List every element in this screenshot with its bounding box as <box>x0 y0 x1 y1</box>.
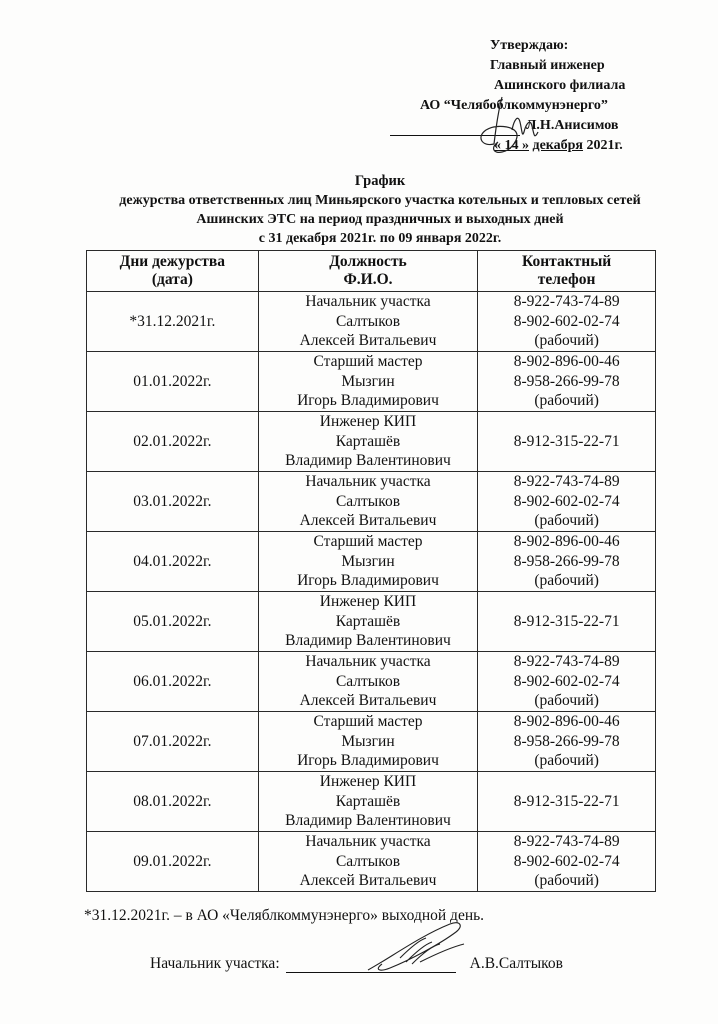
approval-month: декабря <box>533 138 584 153</box>
duty-person: Инженер КИПКарташёвВладимир Валентинович <box>258 412 478 472</box>
duty-person: Начальник участкаСалтыковАлексей Виталье… <box>258 472 478 532</box>
duty-person: Старший мастерМызгинИгорь Владимирович <box>258 352 478 412</box>
title-subject: дежурства ответственных лиц Миньярского … <box>60 191 700 210</box>
duty-phone: 8-922-743-74-898-902-602-02-74(рабочий) <box>478 652 656 712</box>
table-row: 07.01.2022г.Старший мастерМызгинИгорь Вл… <box>87 712 656 772</box>
table-row: 08.01.2022г.Инженер КИПКарташёвВладимир … <box>87 772 656 832</box>
table-row: 03.01.2022г.Начальник участкаСалтыковАле… <box>87 472 656 532</box>
table-row: 06.01.2022г.Начальник участкаСалтыковАле… <box>87 652 656 712</box>
signoff-name: А.В.Салтыков <box>470 955 563 973</box>
duty-person: Старший мастерМызгинИгорь Владимирович <box>258 712 478 772</box>
duty-date: 09.01.2022г. <box>87 832 259 892</box>
signoff-label: Начальник участка: <box>150 955 280 973</box>
table-row: 05.01.2022г.Инженер КИПКарташёвВладимир … <box>87 592 656 652</box>
approver-signature-line: Л.Н.Анисимов <box>390 116 670 136</box>
table-row: 04.01.2022г.Старший мастерМызгинИгорь Вл… <box>87 532 656 592</box>
duty-person: Начальник участкаСалтыковАлексей Виталье… <box>258 292 478 352</box>
approver-name: Л.Н.Анисимов <box>526 116 618 136</box>
duty-date: *31.12.2021г. <box>87 292 259 352</box>
title-main: График <box>60 172 700 191</box>
title-scope: Ашинских ЭТС на период праздничных и вых… <box>60 210 700 229</box>
header-person: Должность Ф.И.О. <box>258 251 478 292</box>
duty-phone: 8-922-743-74-898-902-602-02-74(рабочий) <box>478 832 656 892</box>
duty-date: 01.01.2022г. <box>87 352 259 412</box>
header-date: Дни дежурства (дата) <box>87 251 259 292</box>
duty-schedule-table: Дни дежурства (дата) Должность Ф.И.О. Ко… <box>86 250 656 892</box>
approver-company: АО “Челябоблкоммунэнерго” <box>420 96 670 116</box>
title-period: с 31 декабря 2021г. по 09 января 2022г. <box>60 229 700 248</box>
duty-date: 03.01.2022г. <box>87 472 259 532</box>
duty-date: 05.01.2022г. <box>87 592 259 652</box>
duty-person: Начальник участкаСалтыковАлексей Виталье… <box>258 652 478 712</box>
approval-day: 14 <box>505 138 519 153</box>
approval-block: Утверждаю: Главный инженер Ашинского фил… <box>430 36 670 156</box>
duty-person: Инженер КИПКарташёвВладимир Валентинович <box>258 772 478 832</box>
duty-date: 07.01.2022г. <box>87 712 259 772</box>
duty-phone: 8-902-896-00-468-958-266-99-78(рабочий) <box>478 532 656 592</box>
approval-heading: Утверждаю: <box>430 36 670 56</box>
table-row: 09.01.2022г.Начальник участкаСалтыковАле… <box>87 832 656 892</box>
approval-date: « 14 » декабря 2021г. <box>430 136 670 156</box>
signoff-block: Начальник участка: А.В.Салтыков <box>150 955 563 973</box>
duty-phone: 8-912-315-22-71 <box>478 412 656 472</box>
duty-date: 08.01.2022г. <box>87 772 259 832</box>
table-header-row: Дни дежурства (дата) Должность Ф.И.О. Ко… <box>87 251 656 292</box>
duty-phone: 8-922-743-74-898-902-602-02-74(рабочий) <box>478 472 656 532</box>
signature-underline <box>390 119 520 136</box>
duty-date: 02.01.2022г. <box>87 412 259 472</box>
duty-phone: 8-902-896-00-468-958-266-99-78(рабочий) <box>478 712 656 772</box>
approval-year: 2021г. <box>587 138 623 153</box>
duty-date: 06.01.2022г. <box>87 652 259 712</box>
duty-person: Инженер КИПКарташёвВладимир Валентинович <box>258 592 478 652</box>
duty-phone: 8-922-743-74-898-902-602-02-74(рабочий) <box>478 292 656 352</box>
document-title: График дежурства ответственных лиц Минья… <box>60 172 700 248</box>
footnote: *31.12.2021г. – в АО «Челяблкоммунэнерго… <box>84 907 484 925</box>
duty-date: 04.01.2022г. <box>87 532 259 592</box>
duty-phone: 8-912-315-22-71 <box>478 772 656 832</box>
duty-person: Старший мастерМызгинИгорь Владимирович <box>258 532 478 592</box>
duty-person: Начальник участкаСалтыковАлексей Виталье… <box>258 832 478 892</box>
table-row: 02.01.2022г.Инженер КИПКарташёвВладимир … <box>87 412 656 472</box>
header-phone: Контактный телефон <box>478 251 656 292</box>
approver-position: Главный инженер <box>430 56 670 76</box>
approver-branch: Ашинского филиала <box>430 76 670 96</box>
duty-phone: 8-902-896-00-468-958-266-99-78(рабочий) <box>478 352 656 412</box>
duty-phone: 8-912-315-22-71 <box>478 592 656 652</box>
signoff-underline <box>286 956 456 973</box>
table-row: *31.12.2021г.Начальник участкаСалтыковАл… <box>87 292 656 352</box>
table-row: 01.01.2022г.Старший мастерМызгинИгорь Вл… <box>87 352 656 412</box>
